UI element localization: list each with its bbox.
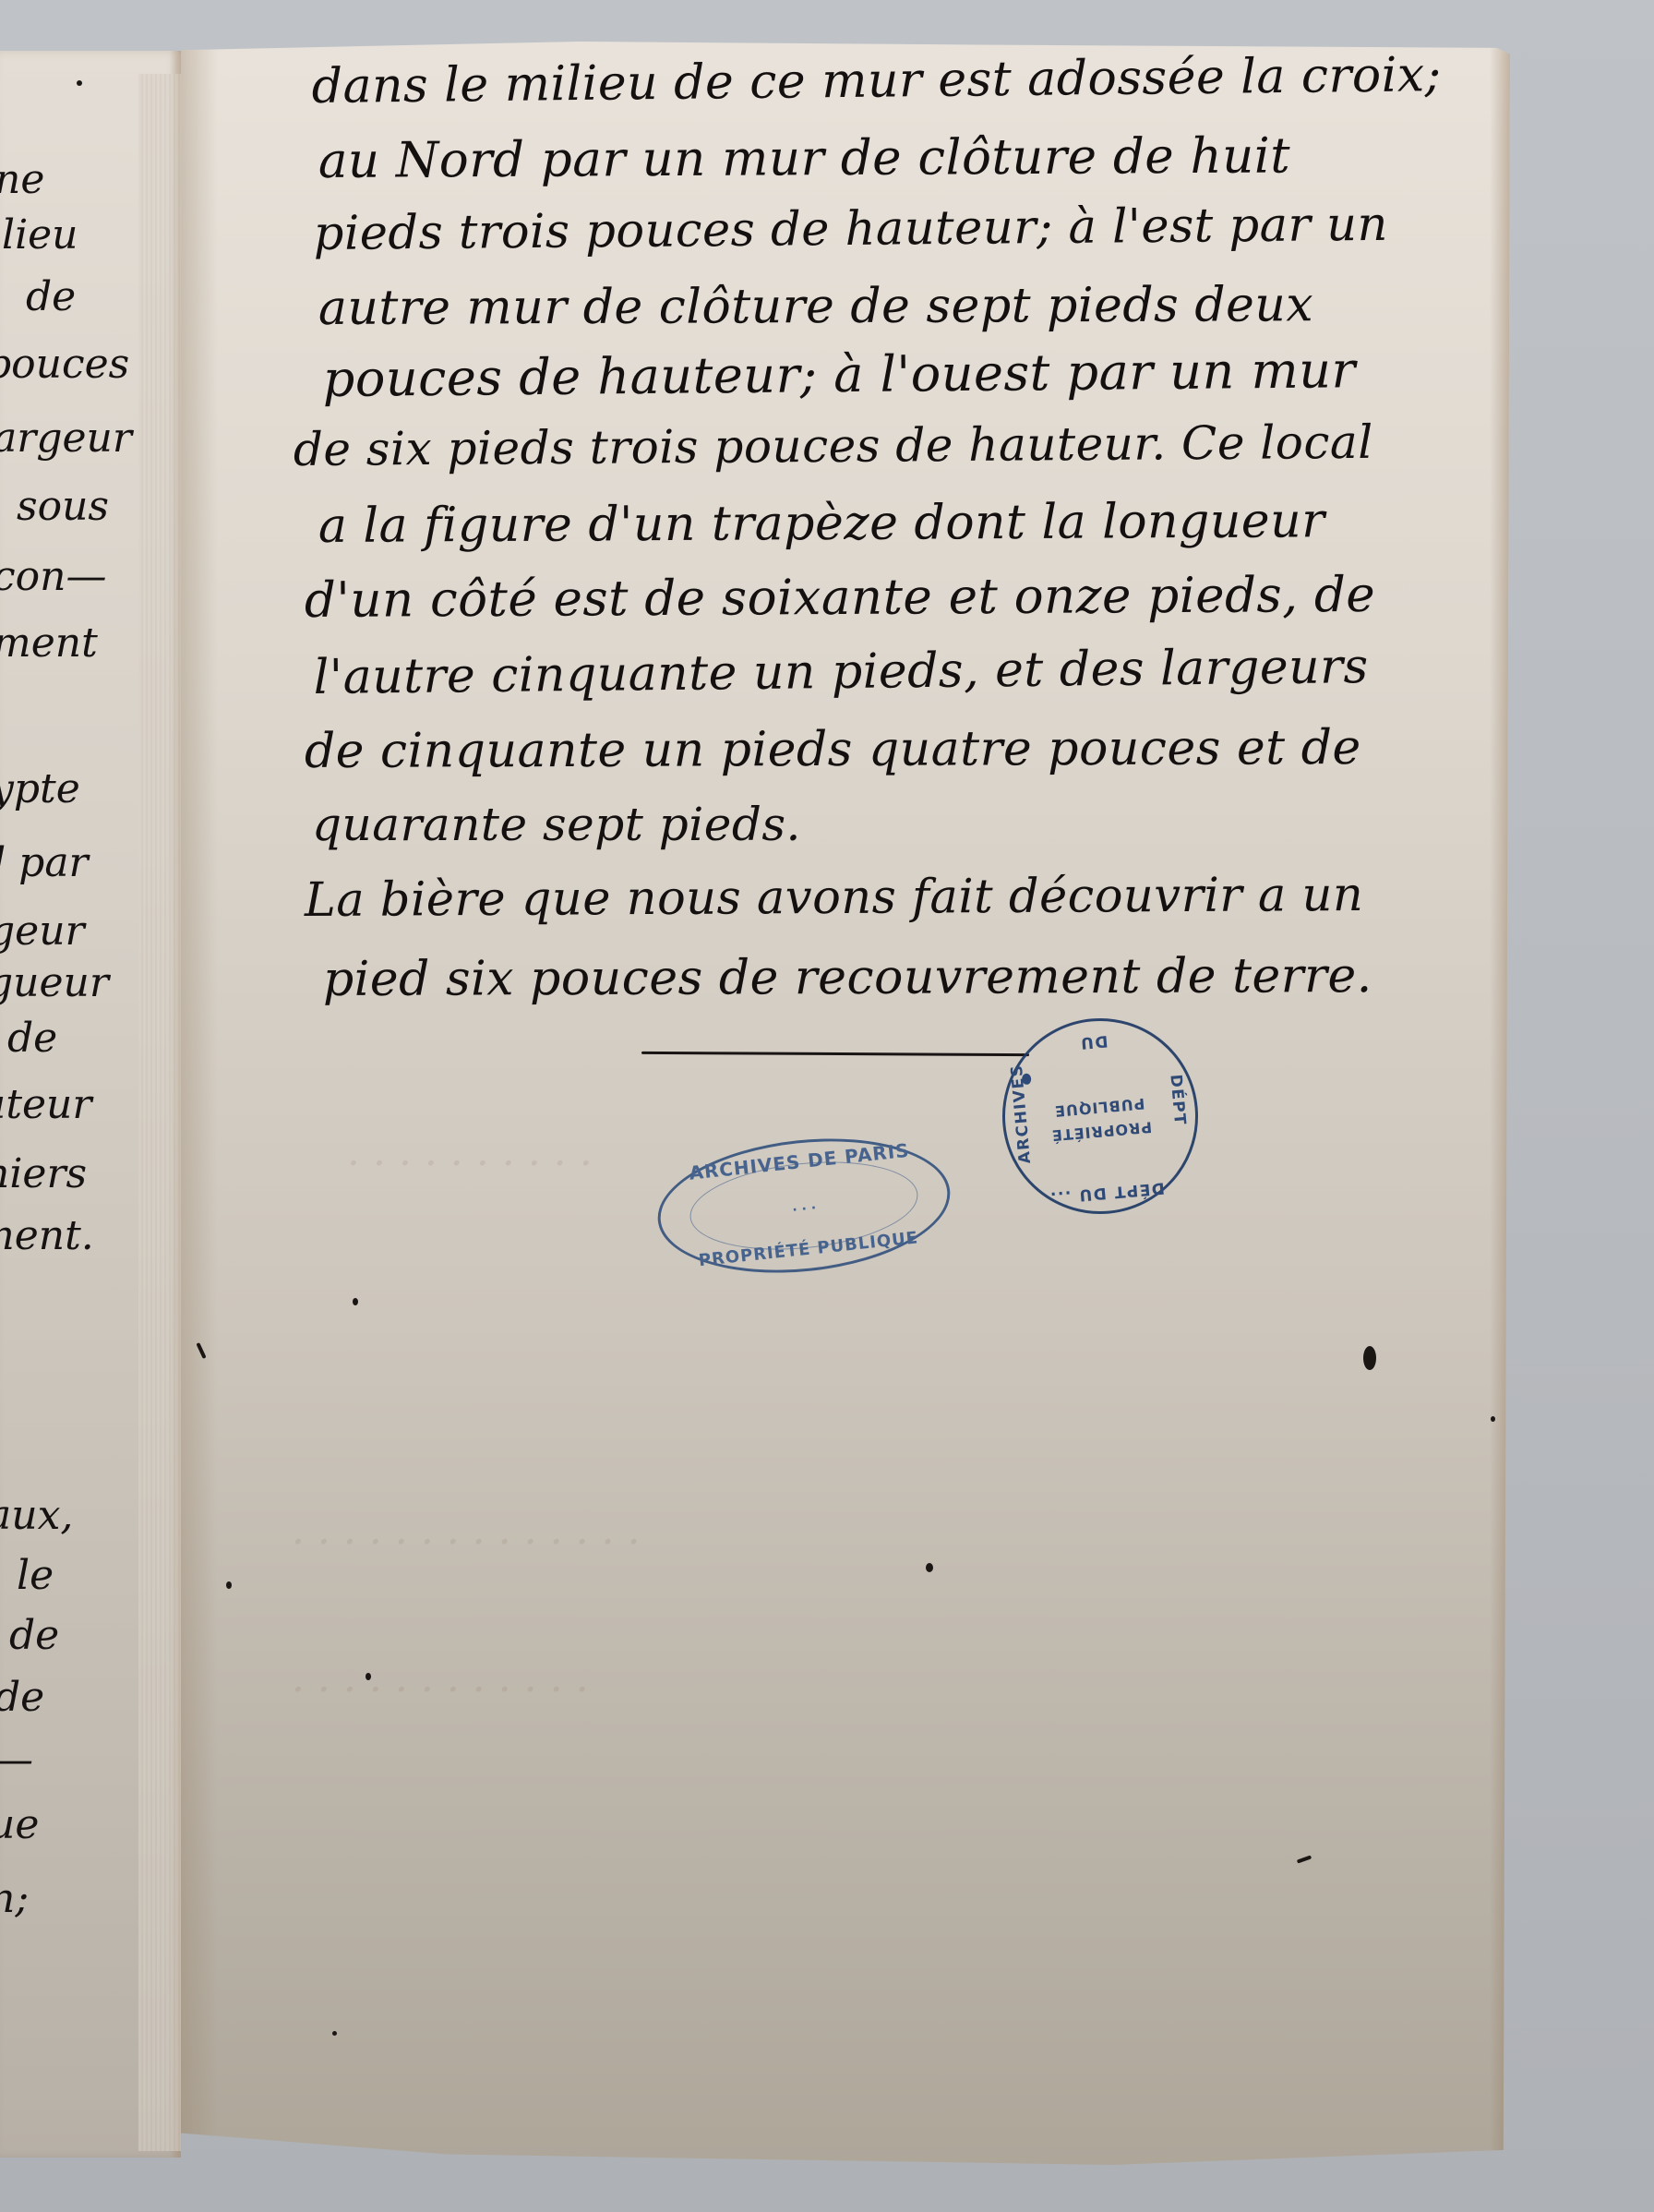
ink-speck — [353, 1298, 358, 1305]
left-page-fragment: niers — [0, 1154, 87, 1195]
manuscript-line-10: de cinquante un pieds quatre pouces et d… — [305, 724, 1361, 775]
manuscript-line-3: pieds trois pouces de hauteur; à l'est p… — [314, 201, 1388, 258]
ink-speck — [226, 1581, 232, 1589]
ink-speck — [1363, 1346, 1376, 1370]
ink-speck — [77, 80, 82, 86]
left-page-fragment: ue — [0, 1805, 39, 1845]
left-page-fragment: de — [9, 1616, 59, 1656]
manuscript-line-12: La bière que nous avons fait découvrir a… — [305, 872, 1364, 924]
left-page-fragment: pouces — [0, 344, 129, 385]
book-gutter-page-edges — [138, 74, 181, 2151]
manuscript-line-11: quarante sept pieds. — [312, 801, 801, 848]
manuscript-line-5: pouces de hauteur; à l'ouest par un mur — [323, 345, 1356, 404]
ink-speck — [926, 1563, 933, 1572]
left-page-fragment: le — [17, 1556, 54, 1596]
left-page-fragment: de — [0, 1677, 44, 1718]
left-page-fragment: d par — [0, 843, 89, 884]
manuscript-line-6: de six pieds trois pouces de hauteur. Ce… — [294, 419, 1373, 473]
left-page-fragment: n; — [0, 1879, 29, 1919]
bleed-through-text: · · · · · · · · · · — [347, 1140, 593, 1187]
left-page-fragment: aux, — [0, 1496, 73, 1536]
left-page-fragment: de — [7, 1018, 57, 1059]
left-page-fragment: de — [26, 277, 76, 318]
ink-speck — [1491, 1416, 1495, 1422]
manuscript-line-13: pied six pouces de recouvrement de terre… — [323, 952, 1372, 1004]
manuscript-line-8: d'un côté est de soixante et onze pieds,… — [305, 571, 1376, 625]
left-page-fragment: — — [0, 1740, 33, 1781]
manuscript-line-2: au Nord par un mur de clôture de huit — [318, 131, 1290, 186]
left-page-fragment: uteur — [0, 1085, 91, 1125]
left-page-fragment: ment — [0, 623, 98, 664]
bleed-through-text: · · · · · · · · · · · · — [292, 1666, 589, 1713]
left-page-fragment: lieu — [2, 215, 78, 256]
left-page-fragment: gueur — [0, 963, 109, 1004]
round-stamp-center: PROPRIÉTÉ PUBLIQUE — [1003, 1087, 1197, 1151]
left-page-fragment: con— — [0, 557, 106, 597]
left-page-fragment: geur — [0, 911, 85, 952]
left-page-fragment: ypte — [0, 769, 80, 810]
bleed-through-text: · · · · · · · · · · · · · · — [292, 1519, 641, 1566]
book-photo-scene: ne lieu de pouces largeur sous con— ment… — [0, 0, 1654, 2212]
left-page-fragment: ne — [0, 160, 44, 200]
round-stamp-dot-icon — [1022, 1073, 1032, 1085]
ink-speck — [366, 1673, 371, 1680]
manuscript-line-1: dans le milieu de ce mur est adossée la … — [311, 51, 1441, 111]
round-archive-stamp: DÉPT DU ... DÉPT ARCHIVES DU PROPRIÉTÉ P… — [994, 1010, 1206, 1222]
left-page-fragment: ment. — [0, 1216, 94, 1256]
manuscript-line-7: a la figure d'un trapèze dont la longueu… — [318, 497, 1325, 550]
ink-speck — [332, 2031, 337, 2036]
left-page-fragment: sous — [17, 487, 109, 527]
manuscript-line-4: autre mur de clôture de sept pieds deux — [318, 281, 1313, 332]
left-page-fragment: largeur — [0, 418, 132, 459]
manuscript-line-9: l'autre cinquante un pieds, et des large… — [313, 643, 1368, 702]
